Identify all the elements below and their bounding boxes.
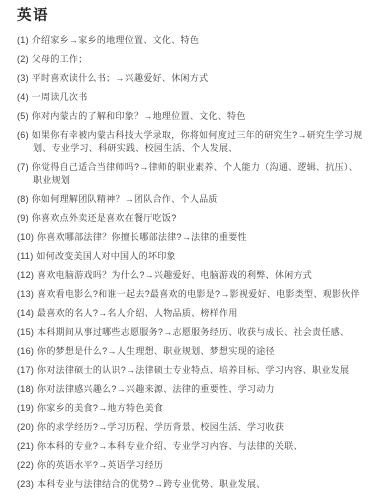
item-number: (18) (17, 384, 34, 394)
item-number: (13) (17, 289, 34, 299)
list-item: (18) 你对法律感兴趣么?→兴趣来源、法律的重要性、学习动力 (17, 383, 364, 396)
item-number: (6) (17, 130, 29, 140)
item-text: 喜欢电脑游戏吗？为什么?→兴趣爱好、电脑游戏的利弊、休闲方式 (37, 270, 312, 280)
item-number: (3) (17, 73, 29, 83)
item-number: (17) (17, 365, 34, 375)
list-item: (1) 介绍家乡→家乡的地理位置、文化、特色 (17, 34, 364, 47)
item-text: 你觉得自己适合当律师吗?→律师的职业素养、个人能力（沟通、逻辑、抗压）、职业规划 (32, 162, 358, 185)
page-title: 英语 (17, 9, 364, 24)
list-item: (9) 你喜欢点外卖还是喜欢在餐厅吃饭? (17, 212, 364, 225)
item-number: (7) (17, 162, 29, 172)
item-number: (9) (17, 213, 29, 223)
item-number: (14) (17, 308, 34, 318)
item-text: 你的梦想是什么?→人生理想、职业规划、梦想实现的途径 (37, 346, 275, 356)
item-number: (5) (17, 111, 29, 121)
list-item: (3) 平时喜欢读什么书；→兴趣爱好、休闲方式 (17, 72, 364, 85)
list-item: (21) 你本科的专业?→本科专业介绍、专业学习内容、与法律的关联、 (17, 440, 364, 453)
item-text: 你如何理解团队精神？→团队合作、个人品质 (32, 194, 218, 204)
item-text: 喜欢看电影么?和谁一起去?最喜欢的电影是?→影视爱好、电影类型、观影伙伴 (37, 289, 360, 299)
item-text: 你本科的专业?→本科专业介绍、专业学习内容、与法律的关联、 (37, 441, 303, 451)
item-number: (20) (17, 422, 34, 432)
item-text: 你对法律硕士的认识?→法律硕士专业特点、培养目标、学习内容、职业发展 (37, 365, 349, 375)
list-item: (20) 你的求学经历?→学习历程、学历背景、校园生活、学习收获 (17, 421, 364, 434)
item-text: 父母的工作； (32, 54, 88, 64)
item-text: 你家乡的美食?→地方特色美食 (37, 403, 163, 413)
item-text: 最喜欢的名人?→名人介绍、人物品质、榜样作用 (37, 308, 238, 318)
item-number: (2) (17, 54, 29, 64)
item-number: (23) (17, 479, 34, 489)
item-text: 一周读几次书 (32, 92, 88, 102)
item-number: (4) (17, 92, 29, 102)
list-item: (23) 本科专业与法律结合的优势?→跨专业优势、职业发展、 (17, 478, 364, 491)
list-item: (13) 喜欢看电影么?和谁一起去?最喜欢的电影是?→影视爱好、电影类型、观影伙… (17, 288, 364, 301)
item-text: 平时喜欢读什么书；→兴趣爱好、休闲方式 (32, 73, 209, 83)
list-item: (15) 本科期间从事过哪些志愿服务?→志愿服务经历、收获与成长、社会责任感、 (17, 326, 364, 339)
list-item: (5) 你对内蒙古的了解和印象？→地理位置、文化、特色 (17, 110, 364, 123)
item-number: (8) (17, 194, 29, 204)
item-text: 你的英语水平?→英语学习经历 (37, 460, 163, 470)
item-text: 你的求学经历?→学习历程、学历背景、校园生活、学习收获 (37, 422, 284, 432)
list-item: (4) 一周读几次书 (17, 91, 364, 104)
list-item: (16) 你的梦想是什么?→人生理想、职业规划、梦想实现的途径 (17, 345, 364, 358)
item-number: (21) (17, 441, 34, 451)
item-text: 你对法律感兴趣么?→兴趣来源、法律的重要性、学习动力 (37, 384, 275, 394)
item-text: 你喜欢点外卖还是喜欢在餐厅吃饭? (32, 213, 177, 223)
item-text: 你喜欢哪部法律？你擅长哪部法律?→法律的重要性 (37, 232, 247, 242)
item-text: 你对内蒙古的了解和印象？→地理位置、文化、特色 (32, 111, 246, 121)
item-number: (1) (17, 35, 29, 45)
item-text: 如果你有幸被内蒙古科技大学录取，你将如何度过三年的研究生?→研究生学习规划、专业… (32, 130, 363, 153)
list-item: (17) 你对法律硕士的认识?→法律硕士专业特点、培养目标、学习内容、职业发展 (17, 364, 364, 377)
question-list: (1) 介绍家乡→家乡的地理位置、文化、特色 (2) 父母的工作； (3) 平时… (17, 34, 364, 491)
list-item: (7) 你觉得自己适合当律师吗?→律师的职业素养、个人能力（沟通、逻辑、抗压）、… (17, 161, 364, 187)
item-number: (11) (17, 251, 34, 261)
item-text: 本科期间从事过哪些志愿服务?→志愿服务经历、收获与成长、社会责任感、 (37, 327, 349, 337)
list-item: (19) 你家乡的美食?→地方特色美食 (17, 402, 364, 415)
list-item: (11) 如何改变美国人对中国人的坏印象 (17, 250, 364, 263)
list-item: (22) 你的英语水平?→英语学习经历 (17, 459, 364, 472)
item-number: (22) (17, 460, 34, 470)
item-text: 本科专业与法律结合的优势?→跨专业优势、职业发展、 (37, 479, 266, 489)
item-text: 如何改变美国人对中国人的坏印象 (36, 251, 176, 261)
item-number: (12) (17, 270, 34, 280)
list-item: (2) 父母的工作； (17, 53, 364, 66)
list-item: (8) 你如何理解团队精神？→团队合作、个人品质 (17, 193, 364, 206)
item-number: (16) (17, 346, 34, 356)
item-text: 介绍家乡→家乡的地理位置、文化、特色 (32, 35, 199, 45)
list-item: (6) 如果你有幸被内蒙古科技大学录取，你将如何度过三年的研究生?→研究生学习规… (17, 129, 364, 155)
item-number: (19) (17, 403, 34, 413)
list-item: (10) 你喜欢哪部法律？你擅长哪部法律?→法律的重要性 (17, 231, 364, 244)
item-number: (10) (17, 232, 34, 242)
list-item: (12) 喜欢电脑游戏吗？为什么?→兴趣爱好、电脑游戏的利弊、休闲方式 (17, 269, 364, 282)
item-number: (15) (17, 327, 34, 337)
list-item: (14) 最喜欢的名人?→名人介绍、人物品质、榜样作用 (17, 307, 364, 320)
document-page: 英语 (1) 介绍家乡→家乡的地理位置、文化、特色 (2) 父母的工作； (3)… (17, 9, 364, 491)
